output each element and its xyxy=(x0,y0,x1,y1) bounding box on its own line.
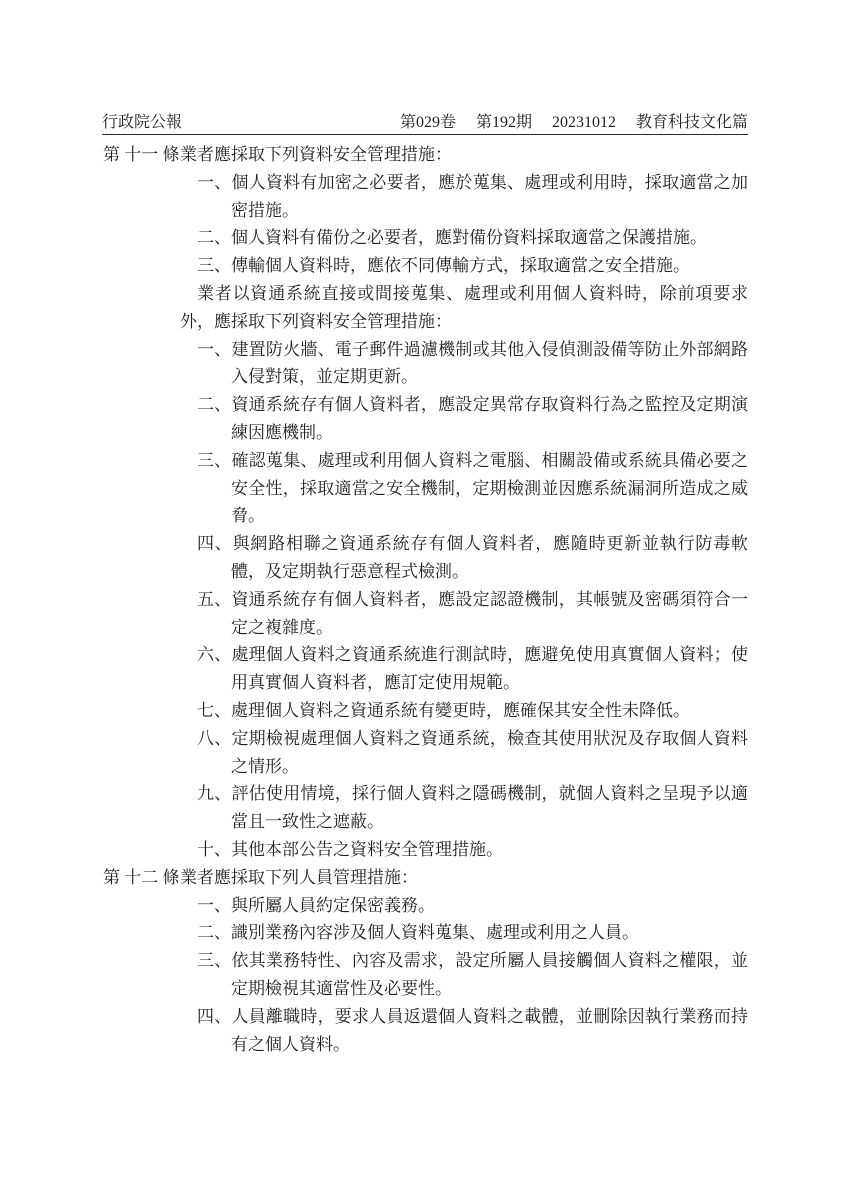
item-number: 一、 xyxy=(197,340,231,359)
document-body: 第 十一 條 業者應採取下列資料安全管理措施： 一、個人資料有加密之必要者，應於… xyxy=(180,141,748,1058)
item-number: 六、 xyxy=(197,645,231,664)
list-item: 二、識別業務內容涉及個人資料蒐集、處理或利用之人員。 xyxy=(197,919,748,947)
list-item: 一、與所屬人員約定保密義務。 xyxy=(197,892,748,920)
list-item: 二、個人資料有備份之必要者，應對備份資料採取適當之保護措施。 xyxy=(197,224,748,252)
item-text: 處理個人資料之資通系統進行測試時，應避免使用真實個人資料；使用真實個人資料者，應… xyxy=(231,645,748,692)
item-text: 建置防火牆、電子郵件過濾機制或其他入侵偵測設備等防止外部網路入侵對策，並定期更新… xyxy=(231,340,748,387)
publication-title: 行政院公報 xyxy=(102,114,182,132)
article-number: 第 十一 條 xyxy=(103,141,180,169)
item-text: 與所屬人員約定保密義務。 xyxy=(231,896,435,915)
item-text: 評估使用情境，採行個人資料之隱碼機制，就個人資料之呈現予以適當且一致性之遮蔽。 xyxy=(231,784,748,831)
list-item: 四、人員離職時，要求人員返還個人資料之載體，並刪除因執行業務而持有之個人資料。 xyxy=(197,1003,748,1059)
article-intro: 業者應採取下列人員管理措施： xyxy=(180,864,748,892)
list-item: 九、評估使用情境，採行個人資料之隱碼機制，就個人資料之呈現予以適當且一致性之遮蔽… xyxy=(197,780,748,836)
item-number: 二、 xyxy=(197,395,231,414)
item-text: 個人資料有備份之必要者，應對備份資料採取適當之保護措施。 xyxy=(231,228,707,247)
header-meta: 第029卷 第192期 20231012 教育科技文化篇 xyxy=(400,114,748,132)
list-item: 六、處理個人資料之資通系統進行測試時，應避免使用真實個人資料；使用真實個人資料者… xyxy=(197,641,748,697)
list-item: 五、資通系統存有個人資料者，應設定認證機制，其帳號及密碼須符合一定之複雜度。 xyxy=(197,586,748,642)
list-item: 一、個人資料有加密之必要者，應於蒐集、處理或利用時，採取適當之加密措施。 xyxy=(197,169,748,225)
page-header: 行政院公報 第029卷 第192期 20231012 教育科技文化篇 xyxy=(102,114,748,135)
list-item: 三、依其業務特性、內容及需求，設定所屬人員接觸個人資料之權限，並定期檢視其適當性… xyxy=(197,947,748,1003)
item-text: 識別業務內容涉及個人資料蒐集、處理或利用之人員。 xyxy=(231,923,639,942)
volume-label: 第029卷 xyxy=(400,114,456,132)
item-number: 三、 xyxy=(197,951,231,970)
article-blocks: 業者應採取下列資料安全管理措施： 一、個人資料有加密之必要者，應於蒐集、處理或利… xyxy=(180,141,748,864)
list-item: 十、其他本部公告之資料安全管理措施。 xyxy=(197,836,748,864)
article: 第 十一 條 業者應採取下列資料安全管理措施： 一、個人資料有加密之必要者，應於… xyxy=(180,141,748,864)
article-paragraph: 業者以資通系統直接或間接蒐集、處理或利用個人資料時，除前項要求外，應採取下列資料… xyxy=(180,280,748,336)
gazette-page: 行政院公報 第029卷 第192期 20231012 教育科技文化篇 第 十一 … xyxy=(0,0,848,1200)
item-text: 確認蒐集、處理或利用個人資料之電腦、相關設備或系統具備必要之安全性，採取適當之安… xyxy=(231,451,748,526)
item-text: 其他本部公告之資料安全管理措施。 xyxy=(231,840,503,859)
item-text: 人員離職時，要求人員返還個人資料之載體，並刪除因執行業務而持有之個人資料。 xyxy=(231,1007,748,1054)
list-item: 三、傳輸個人資料時，應依不同傳輸方式，採取適當之安全措施。 xyxy=(197,252,748,280)
list-item: 七、處理個人資料之資通系統有變更時，應確保其安全性未降低。 xyxy=(197,697,748,725)
list-item: 二、資通系統存有個人資料者，應設定異常存取資料行為之監控及定期演練因應機制。 xyxy=(197,391,748,447)
article-blocks: 業者應採取下列人員管理措施： 一、與所屬人員約定保密義務。 二、識別業務內容涉及… xyxy=(180,864,748,1059)
item-text: 與網路相聯之資通系統存有個人資料者，應隨時更新並執行防毒軟體，及定期執行惡意程式… xyxy=(231,534,748,581)
item-text: 個人資料有加密之必要者，應於蒐集、處理或利用時，採取適當之加密措施。 xyxy=(231,173,748,220)
item-text: 資通系統存有個人資料者，應設定異常存取資料行為之監控及定期演練因應機制。 xyxy=(231,395,748,442)
section-label: 教育科技文化篇 xyxy=(636,114,748,132)
list-item: 一、建置防火牆、電子郵件過濾機制或其他入侵偵測設備等防止外部網路入侵對策，並定期… xyxy=(197,336,748,392)
item-text: 處理個人資料之資通系統有變更時，應確保其安全性未降低。 xyxy=(231,701,690,720)
article: 第 十二 條 業者應採取下列人員管理措施： 一、與所屬人員約定保密義務。 二、識… xyxy=(180,864,748,1059)
article-number: 第 十二 條 xyxy=(103,864,180,892)
item-number: 八、 xyxy=(197,729,231,748)
date-label: 20231012 xyxy=(552,114,616,132)
item-text: 資通系統存有個人資料者，應設定認證機制，其帳號及密碼須符合一定之複雜度。 xyxy=(231,590,748,637)
item-number: 一、 xyxy=(197,896,231,915)
item-text: 傳輸個人資料時，應依不同傳輸方式，採取適當之安全措施。 xyxy=(231,256,690,275)
item-number: 九、 xyxy=(197,784,231,803)
list-item: 四、與網路相聯之資通系統存有個人資料者，應隨時更新並執行防毒軟體，及定期執行惡意… xyxy=(197,530,748,586)
item-number: 十、 xyxy=(197,840,231,859)
item-number: 二、 xyxy=(197,228,231,247)
item-number: 五、 xyxy=(197,590,231,609)
list-item: 三、確認蒐集、處理或利用個人資料之電腦、相關設備或系統具備必要之安全性，採取適當… xyxy=(197,447,748,530)
item-number: 七、 xyxy=(197,701,231,720)
item-number: 一、 xyxy=(197,173,231,192)
article-intro: 業者應採取下列資料安全管理措施： xyxy=(180,141,748,169)
issue-label: 第192期 xyxy=(476,114,532,132)
item-number: 二、 xyxy=(197,923,231,942)
item-text: 依其業務特性、內容及需求，設定所屬人員接觸個人資料之權限，並定期檢視其適當性及必… xyxy=(231,951,748,998)
item-number: 四、 xyxy=(197,1007,231,1026)
item-number: 三、 xyxy=(197,451,231,470)
list-item: 八、定期檢視處理個人資料之資通系統，檢查其使用狀況及存取個人資料之情形。 xyxy=(197,725,748,781)
item-number: 四、 xyxy=(197,534,233,553)
item-text: 定期檢視處理個人資料之資通系統，檢查其使用狀況及存取個人資料之情形。 xyxy=(231,729,748,776)
item-number: 三、 xyxy=(197,256,231,275)
